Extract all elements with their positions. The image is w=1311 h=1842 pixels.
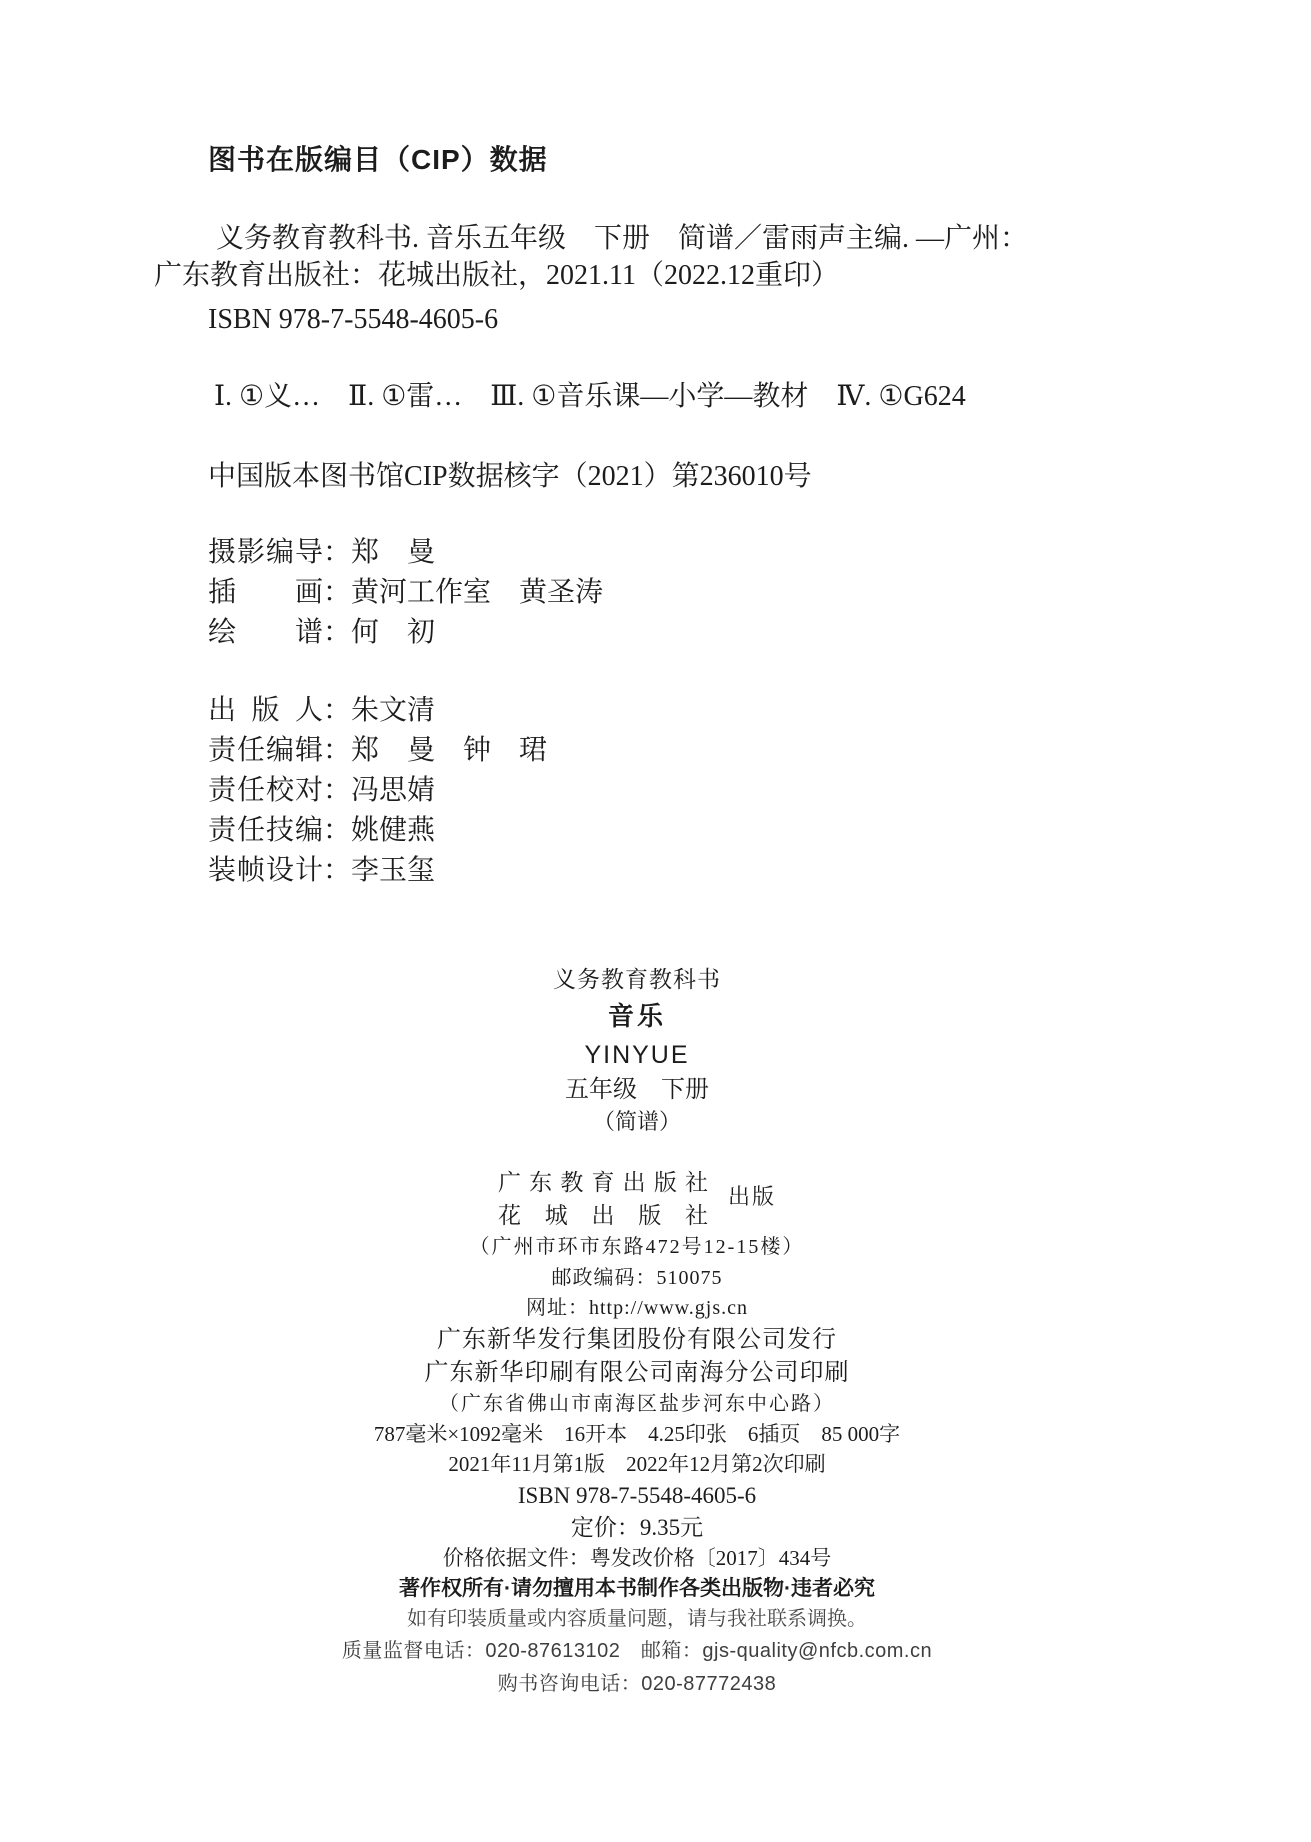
credit-label: 责任技编 — [208, 811, 323, 851]
cip-record-number: 中国版本图书馆CIP数据核字（2021）第236010号 — [208, 458, 1120, 495]
publisher-names: 广东教育出版社 花城出版社 — [498, 1166, 708, 1232]
price-line: 定价：9.35元 — [154, 1512, 1120, 1543]
book-title: 音乐 — [154, 996, 1120, 1036]
publisher-huacheng-press: 花城出版社 — [498, 1199, 708, 1232]
credit-colon: ： — [323, 775, 351, 806]
credit-label: 装帧设计 — [208, 851, 323, 891]
cip-isbn: ISBN 978-7-5548-4605-6 — [208, 301, 1120, 338]
credit-row-proofreader: 责任校对：冯思婧 — [208, 771, 1120, 811]
purchase-hotline: 购书咨询电话：020-87772438 — [154, 1668, 1120, 1701]
publisher-address: （广州市环市东路472号12-15楼） — [154, 1232, 1120, 1263]
credit-row-book-designer: 装帧设计：李玉玺 — [208, 851, 1120, 891]
credit-label: 插画 — [208, 573, 323, 613]
series-name: 义务教育教科书 — [154, 963, 1120, 996]
book-title-pinyin: YINYUE — [154, 1036, 1120, 1074]
credit-colon: ： — [323, 577, 351, 608]
credit-row-score-copyist: 绘谱：何 初 — [208, 613, 1120, 653]
credit-row-technical-editor: 责任技编：姚健燕 — [208, 811, 1120, 851]
website: 网址：http://www.gjs.cn — [154, 1293, 1120, 1323]
credit-value: 郑 曼 — [351, 537, 435, 568]
distributor-line: 广东新华发行集团股份有限公司发行 — [154, 1323, 1120, 1357]
cip-classification: Ⅰ. ①义… Ⅱ. ①雷… Ⅲ. ①音乐课—小学—教材 Ⅳ. ①G624 — [214, 378, 1120, 415]
credit-label: 责任校对 — [208, 771, 323, 811]
grade-volume: 五年级 下册 — [154, 1074, 1120, 1107]
price-basis: 价格依据文件：粤发改价格〔2017〕434号 — [154, 1543, 1120, 1574]
staff-credits: 摄影编导：郑 曼 插画：黄河工作室 黄圣涛 绘谱：何 初 出版人：朱文清 责任编… — [208, 533, 1120, 891]
credit-value: 姚健燕 — [351, 815, 435, 846]
printer-line: 广东新华印刷有限公司南海分公司印刷 — [154, 1357, 1120, 1389]
credit-colon: ： — [323, 695, 351, 726]
credit-colon: ： — [323, 735, 351, 766]
quality-note: 如有印装质量或内容质量问题，请与我社联系调换。 — [154, 1604, 1120, 1635]
book-title-block: 义务教育教科书 音乐 YINYUE 五年级 下册 （简谱） — [154, 963, 1120, 1137]
credit-value: 冯思婧 — [351, 775, 435, 806]
credit-row-photography-director: 摄影编导：郑 曼 — [208, 533, 1120, 573]
credit-row-illustration: 插画：黄河工作室 黄圣涛 — [208, 573, 1120, 613]
postcode: 邮政编码：510075 — [154, 1263, 1120, 1293]
credit-colon: ： — [323, 815, 351, 846]
credit-label: 责任编辑 — [208, 731, 323, 771]
publisher-guangdong-education-press: 广东教育出版社 — [498, 1166, 708, 1199]
content-column: 图书在版编目（CIP）数据 义务教育教科书. 音乐五年级 下册 简谱／雷雨声主编… — [154, 142, 1120, 1701]
cip-entry-line2: 广东教育出版社：花城出版社，2021.11（2022.12重印） — [154, 257, 1120, 294]
credit-colon: ： — [323, 855, 351, 886]
credit-colon: ： — [323, 537, 351, 568]
credit-value: 何 初 — [351, 617, 435, 648]
publishers-row: 广东教育出版社 花城出版社 出版 — [154, 1166, 1120, 1232]
cip-heading: 图书在版编目（CIP）数据 — [208, 142, 1120, 178]
publish-label: 出版 — [728, 1180, 776, 1211]
quality-contact: 质量监督电话：020-87613102 邮箱：gjs-quality@nfcb.… — [154, 1635, 1120, 1668]
edition-printing: 2021年11月第1版 2022年12月第2次印刷 — [154, 1449, 1120, 1480]
credit-row-publisher-person: 出版人：朱文清 — [208, 691, 1120, 731]
credit-label: 出版人 — [208, 691, 323, 731]
cip-entry-line1: 义务教育教科书. 音乐五年级 下册 简谱／雷雨声主编. —广州： — [216, 220, 1120, 257]
credit-value: 郑 曼 钟 珺 — [351, 735, 547, 766]
credit-label: 绘谱 — [208, 613, 323, 653]
credit-value: 朱文清 — [351, 695, 435, 726]
isbn-line: ISBN 978-7-5548-4605-6 — [154, 1480, 1120, 1512]
notation-type: （简谱） — [154, 1107, 1120, 1137]
credit-row-responsible-editor: 责任编辑：郑 曼 钟 珺 — [208, 731, 1120, 771]
copyright-notice: 著作权所有·请勿擅用本书制作各类出版物·违者必究 — [154, 1574, 1120, 1604]
credit-value: 李玉玺 — [351, 855, 435, 886]
format-spec: 787毫米×1092毫米 16开本 4.25印张 6插页 85 000字 — [154, 1419, 1120, 1449]
copyright-page: 图书在版编目（CIP）数据 义务教育教科书. 音乐五年级 下册 简谱／雷雨声主编… — [0, 0, 1311, 1842]
credit-colon: ： — [323, 617, 351, 648]
printer-address: （广东省佛山市南海区盐步河东中心路） — [154, 1389, 1120, 1419]
imprint-block: 广东教育出版社 花城出版社 出版 （广州市环市东路472号12-15楼） 邮政编… — [154, 1166, 1120, 1701]
credit-value: 黄河工作室 黄圣涛 — [351, 577, 603, 608]
credit-label: 摄影编导 — [208, 533, 323, 573]
